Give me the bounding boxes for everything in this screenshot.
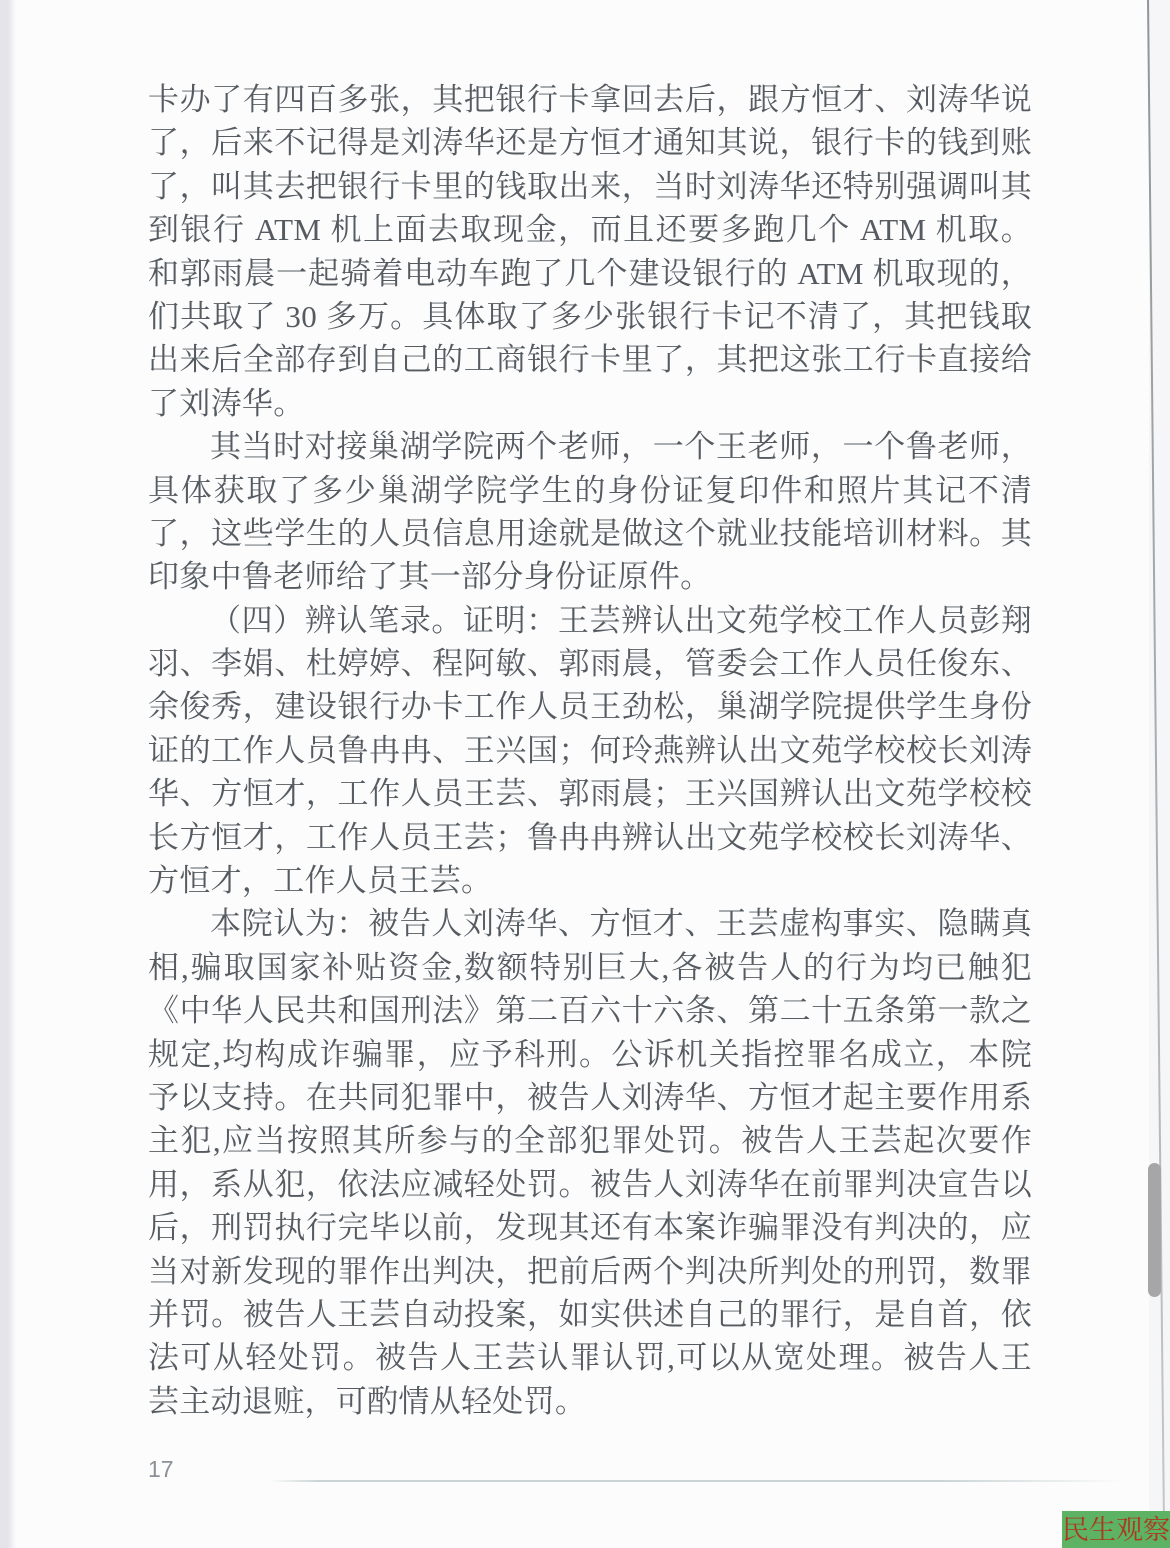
text-line: 后，刑罚执行完毕以前，发现其还有本案诈骗罪没有判决的，应 [148, 1206, 1032, 1249]
document-body: 卡办了有四百多张，其把银行卡拿回去后，跟方恒才、刘涛华说 了，后来不记得是刘涛华… [148, 78, 1032, 1423]
text-line: 卡办了有四百多张，其把银行卡拿回去后，跟方恒才、刘涛华说 [148, 78, 1032, 121]
page-number: 17 [148, 1456, 174, 1483]
text-line: 印象中鲁老师给了其一部分身份证原件。 [148, 555, 1032, 598]
text-line: 了刘涛华。 [148, 382, 1032, 425]
text-line: 华、方恒才，工作人员王芸、郭雨晨；王兴国辨认出文苑学校校 [148, 772, 1032, 815]
text-line: 长方恒才，工作人员王芸；鲁冉冉辨认出文苑学校校长刘涛华、 [148, 816, 1032, 859]
text-line: 当对新发现的罪作出判决，把前后两个判决所判处的刑罚，数罪 [148, 1250, 1032, 1293]
scrollbar-thumb[interactable] [1148, 1163, 1161, 1297]
text-line: 羽、李娟、杜婷婷、程阿敏、郭雨晨，管委会工作人员任俊东、 [148, 642, 1032, 685]
text-line: 并罚。被告人王芸自动投案，如实供述自己的罪行，是自首，依 [148, 1293, 1032, 1336]
text-line: 出来后全部存到自己的工商银行卡里了，其把这张工行卡直接给 [148, 338, 1032, 381]
text-line: 本院认为：被告人刘涛华、方恒才、王芸虚构事实、隐瞒真 [148, 902, 1032, 945]
text-line: 方恒才，工作人员王芸。 [148, 859, 1032, 902]
text-line: 到银行 ATM 机上面去取现金，而且还要多跑几个 ATM 机取。其就 [148, 208, 1032, 251]
text-line: 和郭雨晨一起骑着电动车跑了几个建设银行的 ATM 机取现的，她 [148, 252, 1032, 295]
scanned-document-page: 卡办了有四百多张，其把银行卡拿回去后，跟方恒才、刘涛华说 了，后来不记得是刘涛华… [0, 0, 1170, 1548]
text-line: 证的工作人员鲁冉冉、王兴国；何玲燕辨认出文苑学校校长刘涛 [148, 729, 1032, 772]
text-line: 其当时对接巢湖学院两个老师，一个王老师，一个鲁老师， [148, 425, 1032, 468]
text-line: 具体获取了多少巢湖学院学生的身份证复印件和照片其记不清 [148, 469, 1032, 512]
text-line: 余俊秀，建设银行办卡工作人员王劲松，巢湖学院提供学生身份 [148, 685, 1032, 728]
text-line: 们共取了 30 多万。具体取了多少张银行卡记不清了，其把钱取 [148, 295, 1032, 338]
watermark-badge: 民生观察 [1062, 1511, 1170, 1548]
text-line: 《中华人民共和国刑法》第二百六十六条、第二十五条第一款之 [148, 989, 1032, 1032]
text-line: 法可从轻处罚。被告人王芸认罪认罚,可以从宽处理。被告人王 [148, 1336, 1032, 1379]
text-line: 了，这些学生的人员信息用途就是做这个就业技能培训材料。其 [148, 512, 1032, 555]
text-line: （四）辨认笔录。证明：王芸辨认出文苑学校工作人员彭翔 [148, 599, 1032, 642]
text-line: 了，后来不记得是刘涛华还是方恒才通知其说，银行卡的钱到账 [148, 121, 1032, 164]
text-line: 相,骗取国家补贴资金,数额特别巨大,各被告人的行为均已触犯 [148, 946, 1032, 989]
scan-edge-left [0, 0, 16, 1548]
text-line: 主犯,应当按照其所参与的全部犯罪处罚。被告人王芸起次要作 [148, 1119, 1032, 1162]
text-line: 予以支持。在共同犯罪中，被告人刘涛华、方恒才起主要作用系 [148, 1076, 1032, 1119]
text-line: 芸主动退赃，可酌情从轻处罚。 [148, 1380, 1032, 1423]
text-line: 用，系从犯，依法应减轻处罚。被告人刘涛华在前罪判决宣告以 [148, 1163, 1032, 1206]
scan-background-right [1149, 0, 1170, 1548]
text-line: 规定,均构成诈骗罪，应予科刑。公诉机关指控罪名成立，本院 [148, 1033, 1032, 1076]
footer-divider-line [268, 1480, 1126, 1482]
text-line: 了，叫其去把银行卡里的钱取出来，当时刘涛华还特别强调叫其 [148, 165, 1032, 208]
